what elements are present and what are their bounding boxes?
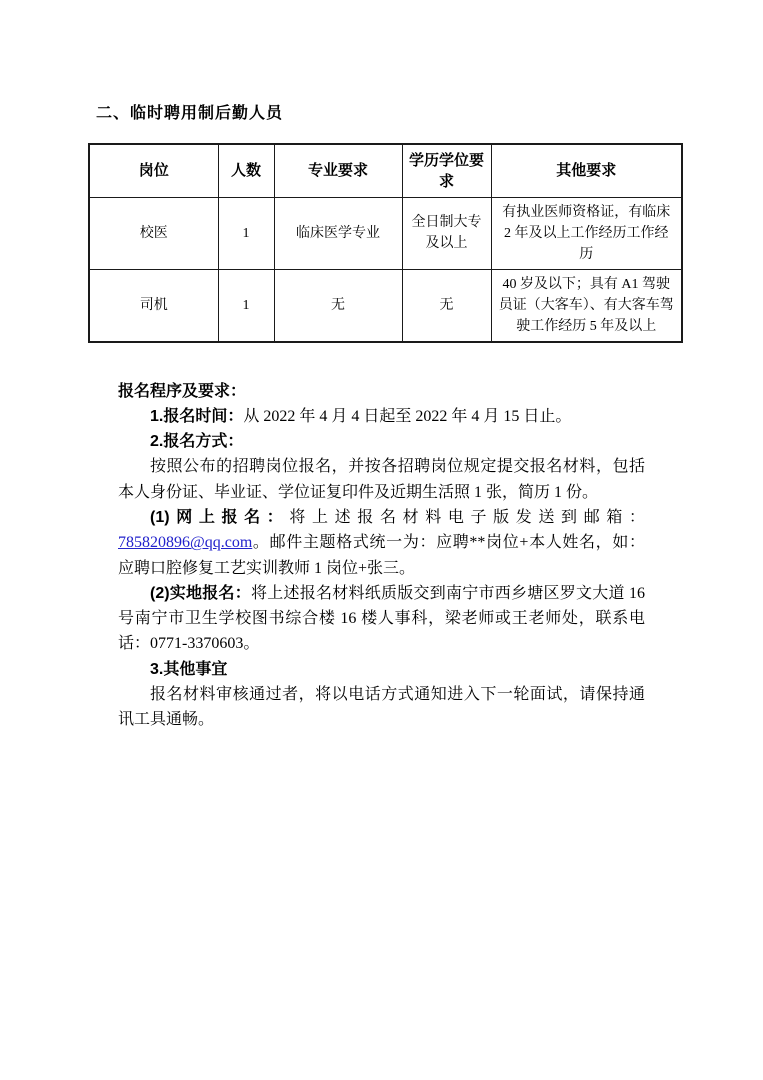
paragraph-online-signup: (1)网上报名：将上述报名材料电子版发送到邮箱：785820896@qq.com… <box>118 505 645 581</box>
table-cell: 司机 <box>89 269 218 342</box>
paragraph-onsite-signup: (2)实地报名：将上述报名材料纸质版交到南宁市西乡塘区罗文大道 16 号南宁市卫… <box>118 581 645 657</box>
paragraph-other-matters-text: 报名材料审核通过者，将以电话方式通知进入下一轮面试，请保持通讯工具通畅。 <box>118 682 645 733</box>
signup-time-label: 1.报名时间： <box>150 408 243 425</box>
table-cell: 1 <box>218 269 274 342</box>
email-link[interactable]: 785820896@qq.com <box>118 534 252 551</box>
table-header-cell-position: 岗位 <box>89 144 218 197</box>
paragraph-procedure-heading: 报名程序及要求： <box>118 379 645 404</box>
procedure-heading-label: 报名程序及要求： <box>118 383 246 400</box>
table-header-cell-major: 专业要求 <box>274 144 402 197</box>
table-cell: 临床医学专业 <box>274 197 402 269</box>
signup-time-text: 从 2022 年 4 月 4 日起至 2022 年 4 月 15 日止。 <box>243 408 571 425</box>
table-header-cell-count: 人数 <box>218 144 274 197</box>
table-cell: 无 <box>274 269 402 342</box>
table-header-row: 岗位 人数 专业要求 学历学位要求 其他要求 <box>89 144 682 197</box>
other-matters-label: 3.其他事宜 <box>150 661 227 678</box>
document-page: 二、临时聘用制后勤人员 岗位 人数 专业要求 学历学位要求 其他要求 校医 1 … <box>0 0 763 1080</box>
table-cell: 有执业医师资格证，有临床 2 年及以上工作经历工作经历 <box>491 197 682 269</box>
body-text: 报名程序及要求： 1.报名时间：从 2022 年 4 月 4 日起至 2022 … <box>118 379 645 733</box>
table-cell: 1 <box>218 197 274 269</box>
onsite-signup-label: (2)实地报名： <box>150 585 251 602</box>
paragraph-signup-method: 2.报名方式： <box>118 429 645 454</box>
signup-method-label: 2.报名方式： <box>150 433 243 450</box>
table-cell: 40 岁及以下；具有 A1 驾驶员证（大客车）、有大客车驾驶工作经历 5 年及以… <box>491 269 682 342</box>
table-cell: 全日制大专及以上 <box>402 197 491 269</box>
section-heading: 二、临时聘用制后勤人员 <box>96 103 763 124</box>
table-header-cell-other: 其他要求 <box>491 144 682 197</box>
online-signup-text-before: 将上述报名材料电子版发送到邮箱： <box>289 509 645 526</box>
table-cell: 校医 <box>89 197 218 269</box>
paragraph-signup-time: 1.报名时间：从 2022 年 4 月 4 日起至 2022 年 4 月 15 … <box>118 404 645 429</box>
table-cell: 无 <box>402 269 491 342</box>
table-row-driver: 司机 1 无 无 40 岁及以下；具有 A1 驾驶员证（大客车）、有大客车驾驶工… <box>89 269 682 342</box>
table-row-school-doctor: 校医 1 临床医学专业 全日制大专及以上 有执业医师资格证，有临床 2 年及以上… <box>89 197 682 269</box>
paragraph-materials: 按照公布的招聘岗位报名，并按各招聘岗位规定提交报名材料，包括本人身份证、毕业证、… <box>118 454 645 505</box>
paragraph-other-matters-heading: 3.其他事宜 <box>118 657 645 682</box>
positions-table: 岗位 人数 专业要求 学历学位要求 其他要求 校医 1 临床医学专业 全日制大专… <box>88 143 683 343</box>
table-header-cell-education: 学历学位要求 <box>402 144 491 197</box>
online-signup-label: (1)网上报名： <box>150 509 289 526</box>
